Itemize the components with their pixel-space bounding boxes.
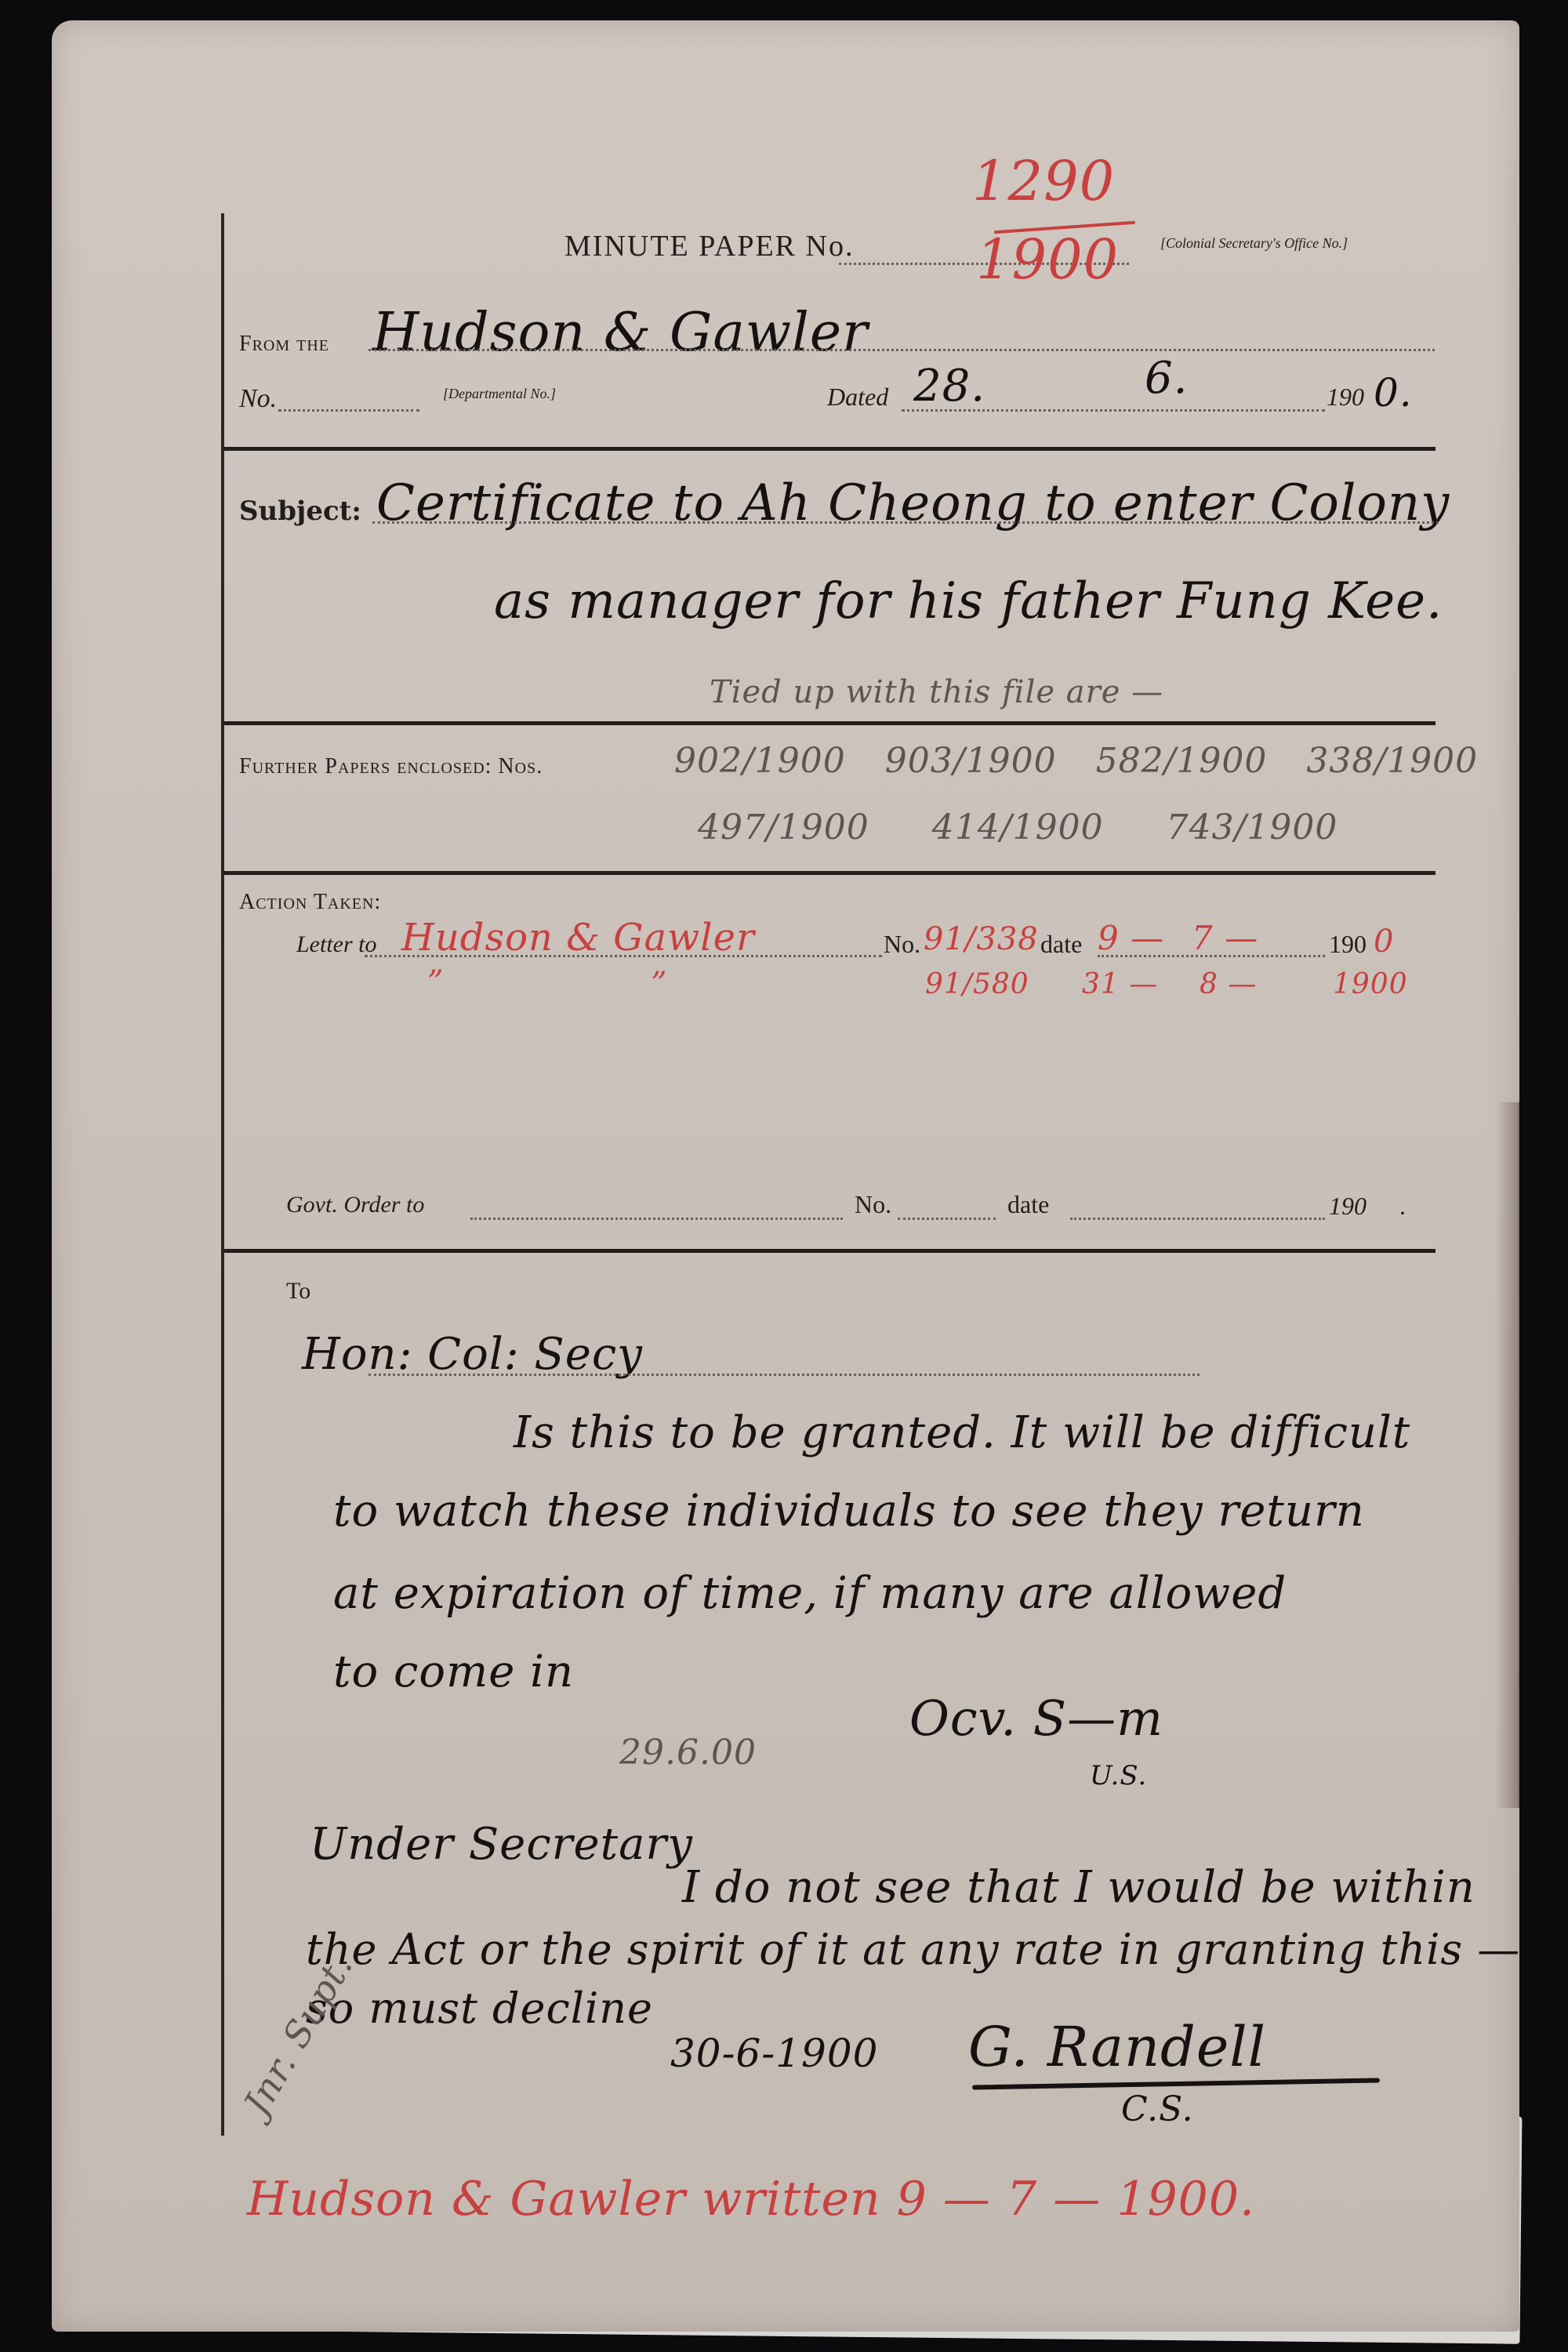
govt-order-label: Govt. Order to: [286, 1192, 424, 1218]
govt-order-dot: .: [1399, 1192, 1406, 1221]
govt-order-date-dotline: [1070, 1218, 1325, 1220]
tied-up-note: Tied up with this file are —: [710, 674, 1163, 710]
action-year-suffix: 0: [1374, 924, 1394, 960]
minute-1-line-2: to watch these individuals to see they r…: [333, 1486, 1365, 1537]
action-date-month: 7 —: [1192, 919, 1258, 957]
rule-1: [224, 447, 1436, 451]
paper-ref: 903/1900: [885, 741, 1057, 781]
minute-number-denominator: 1900: [976, 227, 1119, 292]
govt-order-no-label: No.: [855, 1190, 891, 1219]
subject-label: Subject:: [239, 495, 361, 527]
minute-1-addressee: Hon: Col: Secy: [302, 1329, 643, 1380]
action-second-month: 8 —: [1200, 968, 1257, 1000]
margin-line: [221, 213, 224, 2136]
rule-4: [224, 1249, 1436, 1253]
from-value: Hudson & Gawler: [372, 302, 869, 364]
paper-ref: 338/1900: [1306, 741, 1478, 781]
govt-order-date-label: date: [1007, 1190, 1049, 1219]
paper-ref: 414/1900: [932, 808, 1104, 848]
letter-to-value: Hudson & Gawler: [401, 916, 755, 960]
paper-ref: 582/1900: [1096, 741, 1268, 781]
rule-2: [224, 721, 1436, 725]
further-papers-row-2: 497/1900 414/1900 743/1900: [698, 808, 1338, 848]
action-taken-label: Action Taken:: [239, 890, 381, 915]
action-second-year: 1900: [1333, 968, 1408, 1000]
minute-1-line-4: to come in: [333, 1646, 574, 1697]
ditto-mark-2: ”: [651, 966, 667, 1002]
colonial-office-note: [Colonial Secretary's Office No.]: [1160, 235, 1348, 252]
action-no-value: 91/338: [924, 921, 1039, 957]
action-date-day: 9 —: [1098, 919, 1164, 957]
subject-dotline: [372, 521, 1439, 524]
footer-red-note: Hudson & Gawler written 9 — 7 — 1900.: [247, 2172, 1255, 2227]
action-date-label: date: [1040, 930, 1082, 959]
minute-2-signature-title: C.S.: [1121, 2089, 1194, 2129]
minute-paper-sheet: [52, 20, 1519, 2332]
minute-2-addressee: Under Secretary: [310, 1819, 693, 1870]
departmental-no-note: [Departmental No.]: [443, 386, 556, 402]
minute-2-line-2: the Act or the spirit of it at any rate …: [306, 1925, 1520, 1974]
action-year-prefix: 190: [1329, 930, 1367, 959]
paper-ref: 497/1900: [698, 808, 869, 848]
further-papers-label: Further Papers enclosed: Nos.: [239, 754, 543, 779]
minute-2-date: 30-6-1900: [670, 2031, 878, 2076]
minute-1-signature-sub: U.S.: [1090, 1760, 1147, 1791]
dated-year-prefix: 190: [1327, 383, 1364, 412]
dated-month: 6.: [1145, 353, 1188, 404]
letter-to-label: Letter to: [296, 931, 377, 958]
action-second-day: 31 —: [1082, 968, 1158, 1000]
action-no-label: No.: [884, 930, 920, 959]
action-second-no: 91/580: [925, 968, 1029, 1000]
subject-line-2: as manager for his father Fung Kee.: [494, 572, 1443, 630]
to-label: To: [286, 1278, 310, 1305]
from-dotline: [368, 349, 1435, 351]
addressee-dotline: [368, 1374, 1200, 1376]
rule-3: [224, 871, 1436, 875]
from-label: From the: [239, 332, 329, 357]
form-title: MINUTE PAPER No.: [564, 229, 854, 263]
minute-2-line-3: so must decline: [306, 1984, 653, 2033]
paper-ref: 743/1900: [1167, 808, 1338, 848]
minute-number-numerator: 1290: [972, 149, 1115, 213]
minute-1-line-3: at expiration of time, if many are allow…: [333, 1568, 1287, 1619]
departmental-no-dotline: [278, 409, 419, 412]
dated-label: Dated: [827, 383, 888, 412]
dated-year-suffix: 0.: [1374, 370, 1413, 416]
govt-order-year-prefix: 190: [1329, 1192, 1367, 1221]
govt-order-dotline: [470, 1218, 843, 1220]
minute-2-signature: G. Randell: [968, 2015, 1266, 2079]
paper-ref: 902/1900: [674, 741, 846, 781]
minute-1-signature: Ocv. S—m: [909, 1690, 1163, 1747]
minute-2-line-1: I do not see that I would be within: [682, 1862, 1475, 1913]
dated-day: 28.: [913, 361, 985, 412]
ditto-mark-1: ”: [427, 964, 444, 1000]
govt-order-no-dotline: [898, 1218, 996, 1220]
minute-1-line-1: Is this to be granted. It will be diffic…: [514, 1407, 1410, 1458]
further-papers-row-1: 902/1900 903/1900 582/1900 338/1900: [674, 741, 1478, 781]
departmental-no-label: No.: [239, 384, 277, 414]
minute-1-date: 29.6.00: [619, 1733, 757, 1773]
